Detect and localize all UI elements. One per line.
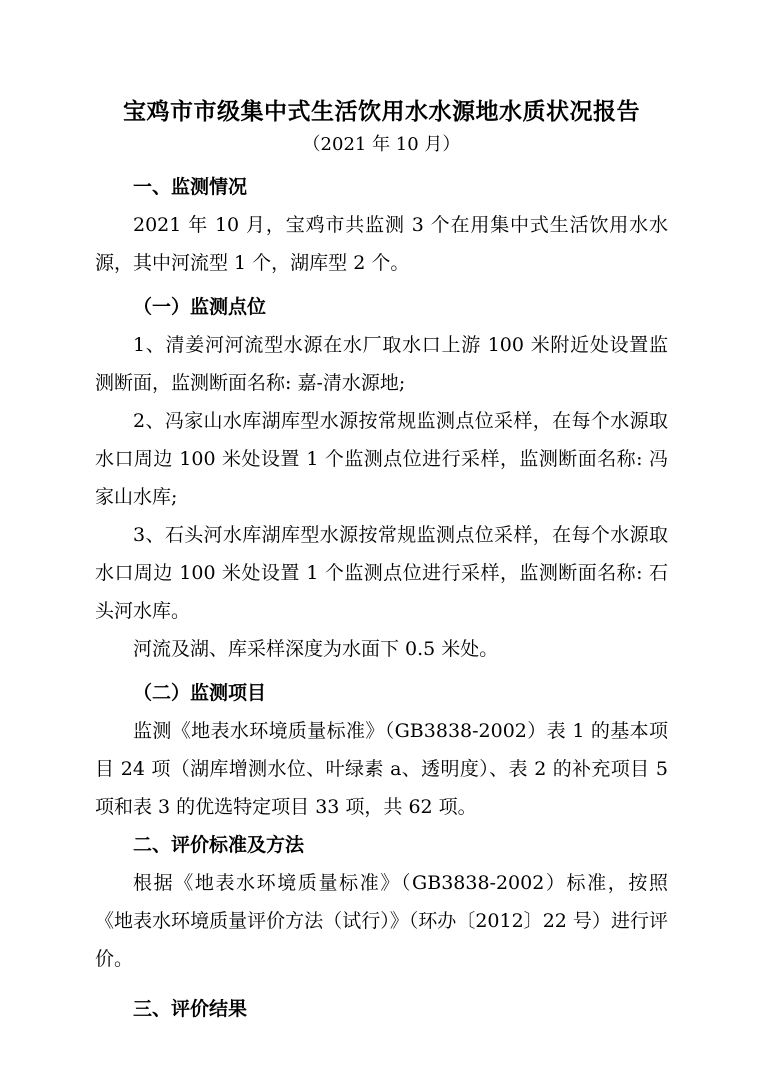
paragraph-monitoring-overview: 2021 年 10 月，宝鸡市共监测 3 个在用集中式生活饮用水水源，其中河流型… [95,206,668,282]
document-date: （2021 年 10 月） [95,130,668,160]
heading-monitoring-overview: 一、监测情况 [95,168,668,206]
heading-evaluation-results: 三、评价结果 [95,990,668,1028]
heading-monitoring-sites: （一）监测点位 [95,288,668,326]
heading-monitoring-items: （二）监测项目 [95,674,668,712]
paragraph-evaluation-standard: 根据《地表水环境质量标准》（GB3838-2002）标准，按照《地表水环境质量评… [95,864,668,978]
paragraph-site-fengjiashan-reservoir: 2、冯家山水库湖库型水源按常规监测点位采样，在每个水源取水口周边 100 米处设… [95,402,668,516]
paragraph-site-shitouhe-reservoir: 3、石头河水库湖库型水源按常规监测点位采样，在每个水源取水口周边 100 米处设… [95,516,668,630]
document-title: 宝鸡市市级集中式生活饮用水水源地水质状况报告 [95,96,668,128]
paragraph-monitoring-items: 监测《地表水环境质量标准》（GB3838-2002）表 1 的基本项目 24 项… [95,712,668,826]
document-page: 宝鸡市市级集中式生活饮用水水源地水质状况报告 （2021 年 10 月） 一、监… [0,0,760,1075]
paragraph-site-qingjiang-river: 1、清姜河河流型水源在水厂取水口上游 100 米附近处设置监测断面，监测断面名称… [95,326,668,402]
heading-evaluation-standard: 二、评价标准及方法 [95,826,668,864]
paragraph-sampling-depth: 河流及湖、库采样深度为水面下 0.5 米处。 [95,630,668,668]
